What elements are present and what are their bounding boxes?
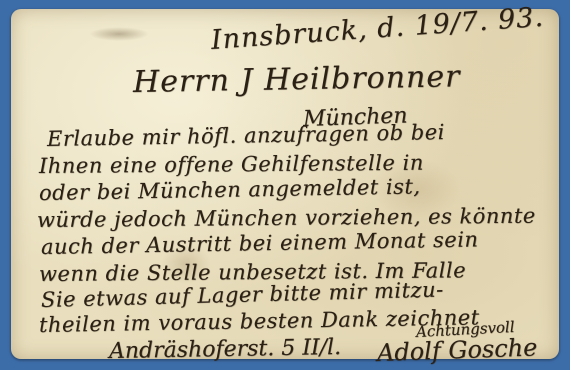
body-line: auch der Austritt bei einem Monat sein (41, 227, 479, 259)
body-line: Erlaube mir höfl. anzufragen ob bei (47, 120, 445, 151)
signature: Adolf Gosche (376, 333, 537, 367)
recipient-name: Herrn J Heilbronner (133, 59, 461, 100)
ink-smudge (89, 27, 149, 41)
postcard: Innsbruck, d. 19/7. 93. Herrn J Heilbron… (11, 9, 559, 359)
body-line: oder bei München angemeldet ist, (39, 174, 421, 205)
sender-address: Andräshoferst. 5 II/l. (109, 335, 341, 364)
body-line: Ihnen eine offene Gehilfenstelle in (39, 151, 424, 178)
dateline: Innsbruck, d. 19/7. 93. (210, 2, 545, 56)
scanned-postcard-photo: Innsbruck, d. 19/7. 93. Herrn J Heilbron… (0, 0, 570, 370)
